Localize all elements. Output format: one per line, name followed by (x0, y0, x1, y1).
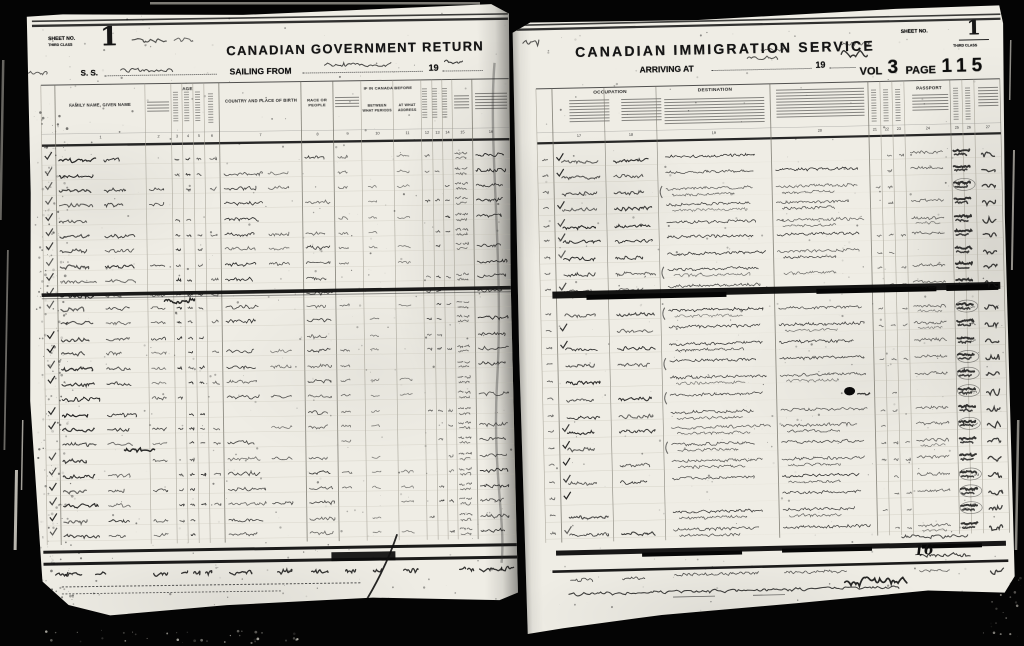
column-label: AT WHAT ADDRESS (394, 103, 420, 113)
column-label: FAMILY NAME, GIVEN NAME (57, 102, 143, 109)
column-label-illegible (432, 88, 437, 118)
column-label-illegible (422, 88, 427, 118)
sailing-from-label: SAILING FROM (230, 66, 292, 77)
column-group-destination: DESTINATION (662, 87, 768, 96)
column-number: 26 (963, 125, 975, 129)
column-label-illegible (912, 94, 948, 113)
year-fill-line (829, 58, 855, 69)
year-prefix: 19 (815, 60, 825, 70)
column-group-occupation: OCCUPATION (560, 89, 660, 98)
column-number: 25 (951, 126, 963, 130)
column-number: 22 (881, 127, 893, 131)
column-label-illegible (335, 97, 359, 109)
column-label-illegible (569, 99, 609, 122)
column-label-illegible (871, 88, 877, 122)
left-page: SHEET NO. THIRD CLASS 1 CANADIAN GOVERNM… (24, 3, 519, 622)
column-number: 14 (442, 130, 452, 134)
volume-stamp-label: VOL (859, 65, 882, 77)
sheet-no-label: SHEET NO. (48, 36, 75, 42)
column-number: 24 (905, 126, 951, 131)
column-label-illegible (895, 87, 901, 121)
column-number: 8 (301, 132, 333, 136)
column-number: 5 (194, 134, 205, 138)
column-label-illegible (475, 93, 507, 109)
column-number: 27 (975, 125, 1001, 130)
column-number: 20 (771, 128, 869, 134)
column-label-illegible (147, 101, 169, 113)
column-number: 4 (183, 134, 194, 138)
column-number: 12 (421, 131, 432, 135)
column-number: 9 (333, 132, 361, 136)
sailing-fill-line (303, 62, 423, 74)
column-label-illegible (621, 98, 661, 121)
handwritten-total-count: 16 (914, 542, 935, 559)
page-stamp-value: 115 (941, 55, 987, 78)
page-title: CANADIAN GOVERNMENT RETURN (226, 38, 484, 58)
column-label-illegible (184, 91, 189, 121)
column-label-illegible (664, 97, 765, 125)
sheet-class-label: THIRD CLASS (48, 43, 72, 47)
sheet-number: 1 (958, 15, 988, 41)
column-number: 2 (146, 134, 172, 138)
ss-label: S. S. (81, 68, 98, 77)
arriving-at-label: ARRIVING AT (639, 63, 694, 74)
column-label: RACE OR PEOPLE (302, 97, 332, 108)
column-label-illegible (195, 91, 200, 121)
column-number: 13 (432, 131, 442, 135)
year-fill-line (443, 61, 483, 72)
column-label-illegible (776, 88, 865, 120)
column-number: 16 (472, 130, 509, 135)
column-label: COUNTRY AND PLACE OF BIRTH (223, 98, 299, 105)
column-label-illegible (953, 86, 959, 120)
column-number: 11 (393, 131, 421, 135)
column-number: 19 (657, 130, 771, 136)
column-number: 18 (605, 132, 657, 137)
column-label-illegible (978, 87, 998, 107)
sheet-no-label: SHEET NO. (901, 28, 928, 35)
sheet-class-label: THIRD CLASS (953, 43, 977, 48)
column-label-illegible (442, 88, 447, 118)
arriving-fill-line (711, 59, 811, 71)
column-number: 21 (869, 127, 881, 131)
year-prefix: 19 (429, 63, 439, 73)
sheet-number: 1 (100, 22, 119, 52)
page-title: CANADIAN IMMIGRATION SERVICE (575, 38, 875, 61)
column-number: 10 (361, 131, 393, 135)
volume-stamp-value: 3 (887, 57, 898, 79)
column-number: 3 (172, 134, 183, 138)
column-number: 7 (220, 133, 302, 138)
column-number: 17 (553, 133, 605, 138)
scanned-manifest-ledger: SHEET NO. THIRD CLASS 1 CANADIAN GOVERNM… (0, 0, 1024, 646)
column-label-illegible (883, 87, 889, 121)
column-label-illegible (173, 91, 178, 121)
page-stamp-label: PAGE (905, 64, 936, 77)
column-group-canada-before: IF IN CANADA BEFORE (355, 85, 421, 91)
column-number: 6 (205, 134, 220, 138)
column-number: 15 (452, 130, 472, 134)
column-number: 1 (56, 135, 146, 140)
ss-fill-line (105, 65, 217, 77)
column-label: BETWEEN WHAT PERIODS (362, 103, 392, 113)
column-number: 23 (893, 127, 905, 131)
right-page: CANADIAN IMMIGRATION SERVICE ARRIVING AT… (510, 5, 1017, 636)
column-label-illegible (454, 95, 469, 109)
column-label-illegible (965, 85, 971, 119)
column-label-illegible (208, 93, 213, 123)
column-group-passport: PASSPORT (910, 85, 948, 92)
